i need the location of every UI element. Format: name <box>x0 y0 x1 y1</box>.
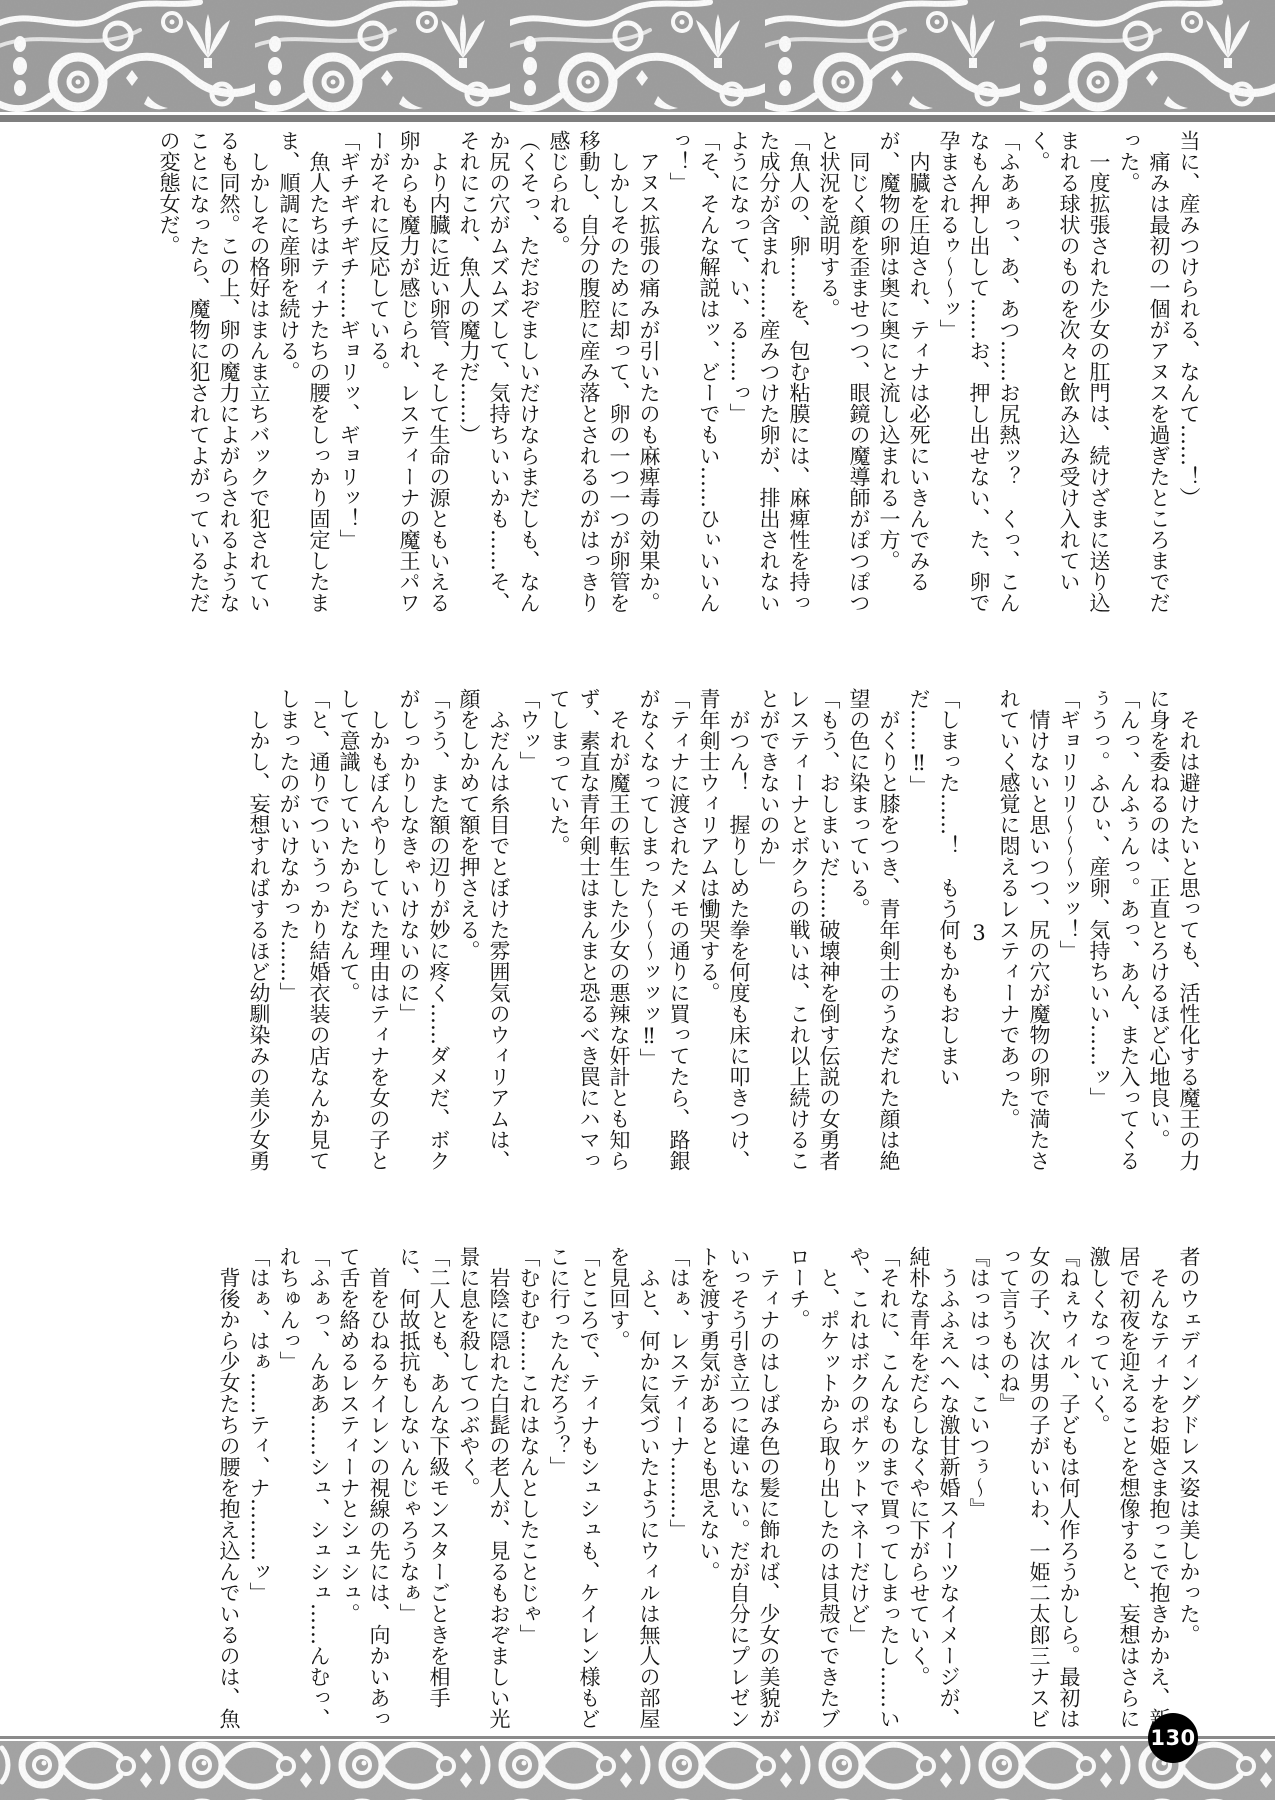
paragraph: 痛みは最初の一個がアヌスを過ぎたところまでだった。 <box>1114 130 1174 620</box>
paragraph: 「そ、そんな解説はッ、どーでもい……ひぃいいんっ！」 <box>664 130 724 620</box>
paragraph: 「うう、また額の辺りが妙に疼く……ダメだ、ボクがしっかりしなきゃいけないのに」 <box>394 688 454 1178</box>
paragraph: ティナのはしばみ色の髪に飾れば、少女の美貌がいっそう引き立つに違いない。だが自分… <box>694 1246 784 1736</box>
paragraph: 岩陰に隠れた白髭の老人が、見るもおぞましい光景に息を殺してつぶやく。 <box>454 1246 514 1736</box>
paragraph: と、ポケットから取り出したのは貝殻でできたブローチ。 <box>784 1246 844 1736</box>
paragraph: 『はっはっは、こいつぅ～』 <box>964 1246 994 1736</box>
paragraph: がくりと膝をつき、青年剣士のうなだれた顔は絶望の色に染まっている。 <box>844 688 904 1178</box>
paragraph: そんなティナをお姫さま抱っこで抱きかかえ、新居で初夜を迎えることを想像すると、妄… <box>1084 1246 1174 1736</box>
paragraph: 「むむむ……これはなんとしたことじゃ」 <box>514 1246 544 1736</box>
bottom-border-scrollwork-graphic <box>0 1736 1275 1800</box>
paragraph: 者のウェディングドレス姿は美しかった。 <box>1174 1246 1204 1736</box>
paragraph: （くそっ、ただおぞましいだけならまだしも、なんか尻の穴がムズムズして、気持ちいい… <box>454 130 544 620</box>
paragraph: 「はぁ、レスティーナ………」 <box>664 1246 694 1736</box>
paragraph: 「ギョリリリ～～～ッッ！」 <box>1054 688 1084 1178</box>
paragraph: 「ところで、ティナもシュシュも、ケイレン様もどこに行ったんだろう？」 <box>544 1246 604 1736</box>
paragraph: 「んっ、んふぅんっ。あっ、あん、また入ってくるぅうっ。ふひぃ、産卵、気持ちいい…… <box>1084 688 1144 1178</box>
book-page: { "page": { "number": "130", "section_ma… <box>0 0 1275 1800</box>
top-ornamental-border <box>0 0 1275 124</box>
text-band-2: それは避けたいと思っても、活性化する魔王の力に身を委ねるのは、正直とろけるほど心… <box>158 688 1204 1178</box>
paragraph: がつん！ 握りしめた拳を何度も床に叩きつけ、青年剣士ウィリアムは慟哭する。 <box>694 688 754 1178</box>
paragraph: 「もう、おしまいだ……破壊神を倒す伝説の女勇者レスティーナとボクらの戦いは、これ… <box>754 688 844 1178</box>
text-band-3: 者のウェディングドレス姿は美しかった。そんなティナをお姫さま抱っこで抱きかかえ、… <box>158 1246 1204 1736</box>
paragraph: 一度拡張された少女の肛門は、続けざまに送り込まれる球状のものを次々と飲み込み受け… <box>1024 130 1114 620</box>
paragraph: 「ウッ」 <box>514 688 544 1178</box>
paragraph: 「魚人の、卵……を、包む粘膜には、麻痺性を持った成分が含まれ……産みつけた卵が、… <box>724 130 814 620</box>
paragraph: ふと、何かに気づいたようにウィルは無人の部屋を見回す。 <box>604 1246 664 1736</box>
paragraph: 同じく顔を歪ませつつ、眼鏡の魔導師がぽつぽつと状況を説明する。 <box>814 130 874 620</box>
paragraph: それが魔王の転生した少女の悪辣な奸計とも知らず、素直な青年剣士はまんまと恐るべき… <box>544 688 634 1178</box>
page-number-badge: 130 <box>1148 1713 1198 1763</box>
paragraph: 「それに、こんなものまで買ってしまったし……いや、これはボクのポケットマネーだけ… <box>844 1246 904 1736</box>
paragraph: うふふえへへな激甘新婚スイーツなイメージが、純朴な青年をだらしなくやに下がらせて… <box>904 1246 964 1736</box>
paragraph: しかし、妄想すればするほど幼馴染みの美少女勇 <box>244 688 274 1178</box>
paragraph: 魚人たちはティナたちの腰をしっかり固定したまま、順調に産卵を続ける。 <box>274 130 334 620</box>
paragraph: 背後から少女たちの腰を抱え込んでいるのは、魚 <box>214 1246 244 1736</box>
paragraph: 内臓を圧迫され、ティナは必死にいきんでみるが、魔物の卵は奥に奥にと流し込まれる一… <box>874 130 934 620</box>
bottom-ornamental-border <box>0 1736 1275 1800</box>
paragraph: 「二人とも、あんな下級モンスターごときを相手に、何故抵抗もしないんじゃろうなぁ」 <box>394 1246 454 1736</box>
paragraph: しかしその格好はまんま立ちバックで犯されているも同然。この上、卵の魔力によがらさ… <box>154 130 274 620</box>
paragraph: アヌス拡張の痛みが引いたのも麻痺毒の効果か。 <box>634 130 664 620</box>
paragraph: 「と、通りでついうっかり結婚衣装の店なんか見てしまったのがいけなかった……」 <box>274 688 334 1178</box>
paragraph: より内臓に近い卵管、そして生命の源ともいえる卵からも魔力が感じられ、レスティーナ… <box>364 130 454 620</box>
paragraph: 「はぁ、はぁ……ティ、ナ………ッ」 <box>244 1246 274 1736</box>
paragraph: それは避けたいと思っても、活性化する魔王の力に身を委ねるのは、正直とろけるほど心… <box>1144 688 1204 1178</box>
paragraph: 「ふあぁっ、あ、あつ……お尻熱ッ？ くっ、こんなもん押し出して……お、押し出せな… <box>934 130 1024 620</box>
paragraph: しかしそのために却って、卵の一つ一つが卵管を移動し、自分の腹腔に産み落とされるの… <box>544 130 634 620</box>
paragraph: 当に、産みつけられる、なんて……！） <box>1174 130 1204 620</box>
paragraph: 「しまった……！ もう何もかもおしまいだ……‼」 <box>904 688 964 1178</box>
top-border-scrollwork-graphic <box>0 0 1275 124</box>
paragraph: しかもぼんやりしていた理由はティナを女の子として意識していたからだなんて。 <box>334 688 394 1178</box>
paragraph: 「ティナに渡されたメモの通りに買ってたら、路銀がなくなってしまった～～～ッッッ‼… <box>634 688 694 1178</box>
paragraph: 「ギチギチギチ……ギョリッ、ギョリッ！」 <box>334 130 364 620</box>
page-number: 130 <box>1150 1726 1195 1750</box>
paragraph: 情けないと思いつつ、尻の穴が魔物の卵で満たされていく感覚に悶えるレスティーナであ… <box>994 688 1054 1178</box>
paragraph: ふだんは糸目でとぼけた雰囲気のウィリアムは、顔をしかめて額を押さえる。 <box>454 688 514 1178</box>
section-number: 3 <box>964 688 994 1178</box>
paragraph: 首をひねるケイレンの視線の先には、向かいあって舌を絡めるレスティーナとシュシュ。 <box>334 1246 394 1736</box>
paragraph: 『ねぇウィル、子どもは何人作ろうかしら。最初は女の子、次は男の子がいいわ、一姫二… <box>994 1246 1084 1736</box>
text-band-1: 当に、産みつけられる、なんて……！）痛みは最初の一個がアヌスを過ぎたところまでだ… <box>158 130 1204 620</box>
paragraph: 「ふぁっ、んああ……シュ、シュシュ……んむっ、れちゅんっ」 <box>274 1246 334 1736</box>
